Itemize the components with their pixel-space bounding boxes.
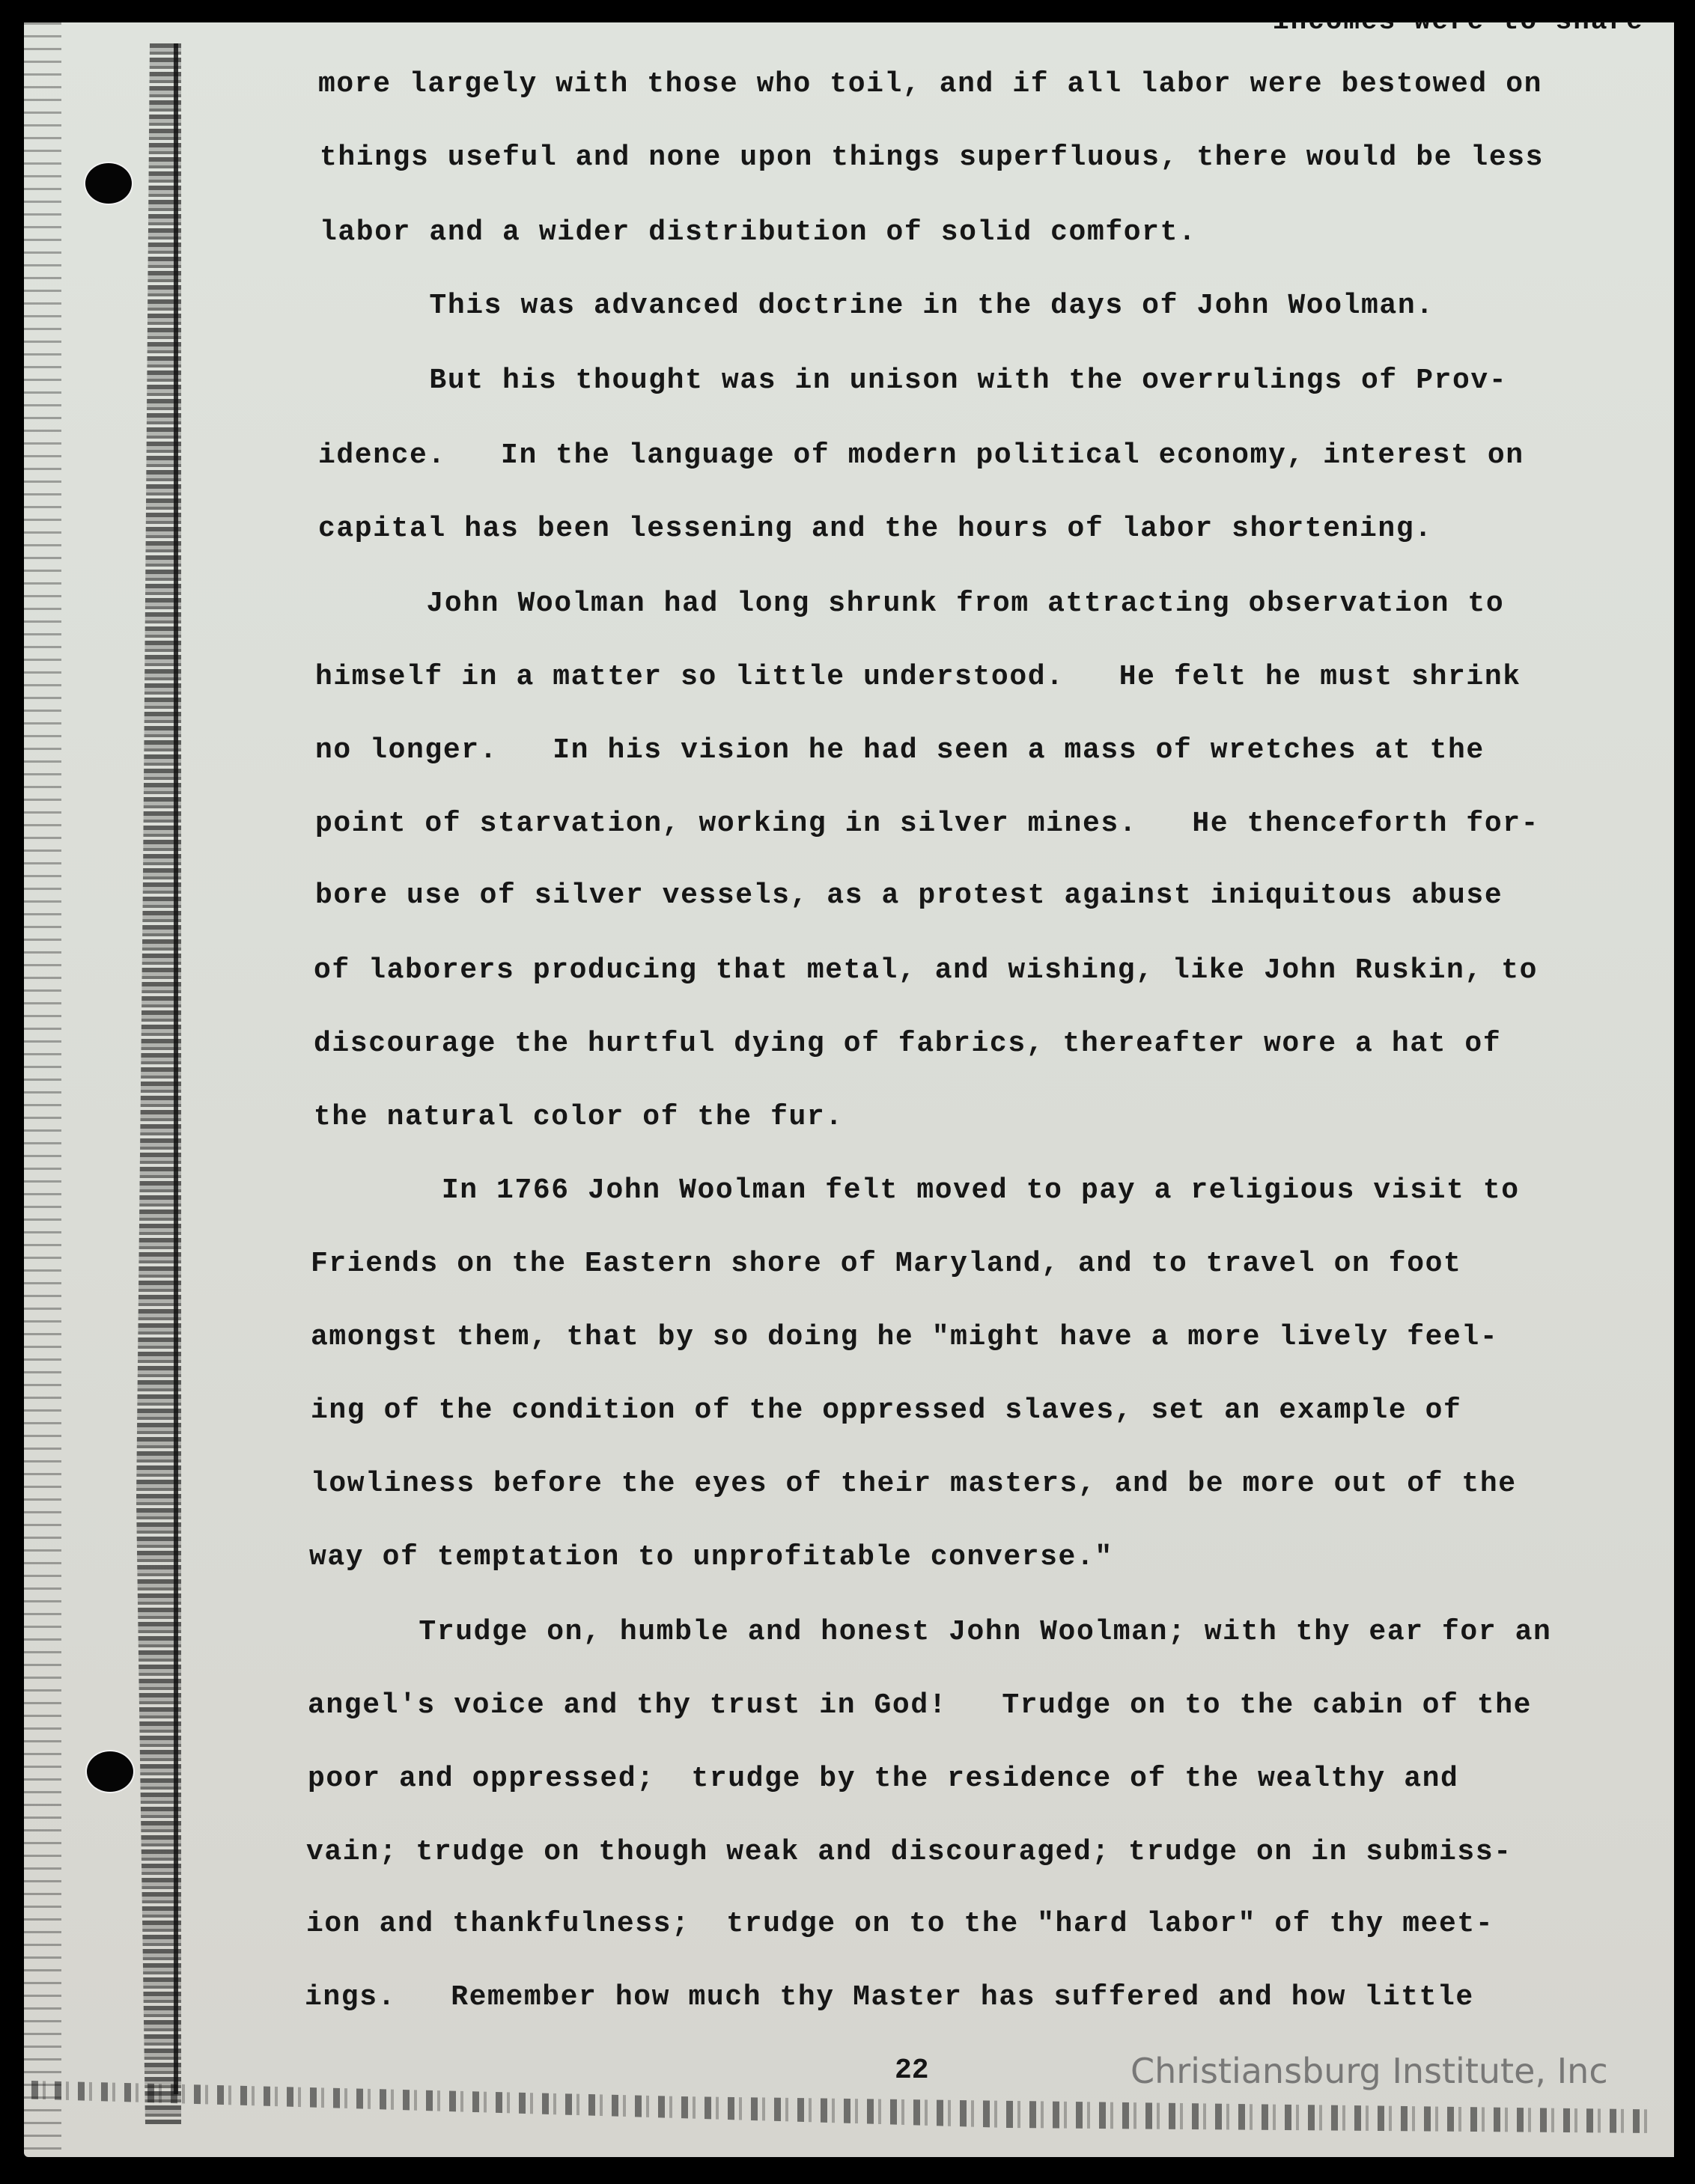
text-line: no longer. In his vision he had seen a m…: [315, 736, 1485, 765]
text-line: point of starvation, working in silver m…: [315, 810, 1539, 838]
text-line: lowliness before the eyes of their maste…: [311, 1470, 1517, 1498]
binding-line: [174, 43, 178, 2094]
text-line: angel's voice and thy trust in God! Trud…: [308, 1692, 1532, 1720]
text-line: himself in a matter so little understood…: [315, 663, 1521, 692]
text-line: Trudge on, humble and honest John Woolma…: [309, 1618, 1551, 1647]
text-line: capital has been lessening and the hours…: [318, 515, 1433, 543]
text-line: bore use of silver vessels, as a protest…: [315, 882, 1503, 910]
partial-top-line: incomes were to share: [1273, 6, 1644, 37]
text-line: But his thought was in unison with the o…: [320, 367, 1507, 395]
text-line: ing of the condition of the oppressed sl…: [311, 1397, 1461, 1425]
text-line: labor and a wider distribution of solid …: [320, 219, 1196, 247]
text-line: Friends on the Eastern shore of Maryland…: [311, 1250, 1461, 1278]
text-line: of laborers producing that metal, and wi…: [314, 957, 1538, 985]
text-line: amongst them, that by so doing he "might…: [311, 1323, 1498, 1352]
text-line: more largely with those who toil, and if…: [318, 70, 1542, 99]
page-number: 22: [895, 2055, 929, 2087]
text-line: vain; trudge on though weak and discoura…: [306, 1838, 1512, 1867]
text-line: things useful and none upon things super…: [320, 144, 1544, 172]
text-line: way of temptation to unprofitable conver…: [309, 1543, 1113, 1572]
punch-hole-top: [85, 163, 132, 204]
edge-speckle: [24, 22, 61, 2157]
text-line: In 1766 John Woolman felt moved to pay a…: [314, 1177, 1520, 1205]
text-line: ings. Remember how much thy Master has s…: [305, 1983, 1474, 2012]
punch-hole-bottom: [87, 1751, 133, 1792]
text-line: poor and oppressed; trudge by the reside…: [308, 1765, 1458, 1793]
text-line: discourage the hurtful dying of fabrics,…: [314, 1030, 1501, 1058]
text-line: the natural color of the fur.: [314, 1103, 844, 1132]
text-line: John Woolman had long shrunk from attrac…: [317, 590, 1504, 618]
watermark: Christiansburg Institute, Inc: [1130, 2051, 1608, 2091]
text-line: idence. In the language of modern politi…: [318, 442, 1524, 470]
text-line: This was advanced doctrine in the days o…: [320, 292, 1434, 320]
text-line: ion and thankfulness; trudge on to the "…: [306, 1910, 1494, 1939]
